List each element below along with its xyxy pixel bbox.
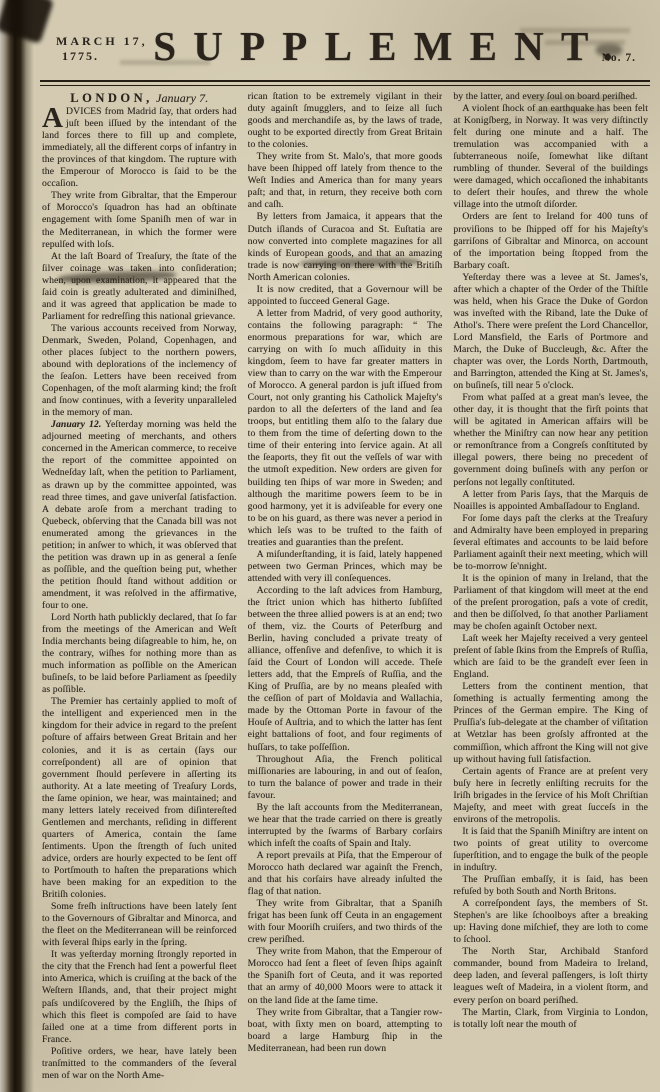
masthead-title: SUPPLEMENT.	[120, 22, 646, 70]
binding-edge	[0, 0, 34, 1092]
paragraph: Orders are ſent to Ireland for 400 tuns …	[453, 211, 648, 271]
column-2: rican ſtation to be extremely vigilant i…	[248, 91, 443, 1091]
paragraph: The various accounts received from Norwa…	[42, 323, 237, 419]
paragraph: By letters from Jamaica, it appears that…	[248, 211, 443, 283]
ink-bleedthrough	[528, 96, 632, 101]
article-columns: LONDON, January 7. ADVICES from Madrid ſ…	[0, 86, 660, 1091]
paragraph: They write from St. Malo's, that more go…	[248, 151, 443, 211]
paragraph: By the laſt accounts from the Mediterran…	[248, 802, 443, 850]
paragraph: Yeſterday there was a levee at St. James…	[453, 272, 648, 392]
paragraph-date: January 12.	[51, 419, 101, 430]
paragraph: Poſitive orders, we hear, have lately be…	[42, 1046, 237, 1082]
paragraph: They write from Gibraltar, that the Empe…	[42, 190, 237, 250]
paragraph: They write from Mahon, that the Emperour…	[248, 946, 443, 1006]
paragraph: They write from Gibraltar, that a Tangie…	[248, 1007, 443, 1055]
masthead: MARCH 17, 1775. SUPPLEMENT. No. 7.	[0, 0, 660, 78]
column-1: LONDON, January 7. ADVICES from Madrid ſ…	[42, 91, 237, 1091]
paragraph: It was yeſterday morning ſtrongly report…	[42, 949, 237, 1045]
paragraph: It is ſaid that the Spaniſh Miniſtry are…	[453, 826, 648, 874]
paragraph: From what paſſed at a great man's levee,…	[453, 392, 648, 488]
ink-bleedthrough	[536, 108, 606, 113]
paragraph: The Premier has certainly applied to moſ…	[42, 696, 237, 901]
paragraph: It is the opinion of many in Ireland, th…	[453, 573, 648, 633]
paragraph: The North Star, Archibald Stanford comma…	[453, 946, 648, 1006]
paragraph: At the laſt Board of Treaſury, the ſtate…	[42, 251, 237, 323]
paragraph: Throughout Aſia, the French political mi…	[248, 754, 443, 802]
paragraph: A letter from Madrid, of very good autho…	[248, 308, 443, 549]
paragraph: A letter from Paris ſays, that the Marqu…	[453, 489, 648, 513]
paragraph: January 12. Yeſterday morning was held t…	[42, 419, 237, 612]
dateline-date: January 7.	[156, 91, 208, 105]
paragraph: Certain agents of France are at preſent …	[453, 766, 648, 826]
paragraph: ADVICES from Madrid ſay, that orders had…	[42, 106, 237, 190]
paragraph-text: Yeſterday morning was held the adjourned…	[42, 419, 237, 611]
paragraph: Letters from the continent mention, that…	[453, 681, 648, 765]
paragraph: Lord North hath publickly declared, that…	[42, 612, 237, 696]
column-3: by the latter, and every ſoul on board p…	[453, 91, 648, 1091]
paragraph: A miſunderſtanding, it is ſaid, lately h…	[248, 549, 443, 585]
paragraph: According to the laſt advices from Hambu…	[248, 585, 443, 754]
dateline-heading: LONDON, January 7.	[42, 92, 237, 104]
paragraph: rican ſtation to be extremely vigilant i…	[248, 91, 443, 151]
paragraph: The Martin, Clark, from Virginia to Lond…	[453, 1007, 648, 1031]
dateline-city: LONDON,	[70, 91, 153, 105]
paragraph: The Pruſſian embaſſy, it is ſaid, has be…	[453, 874, 648, 898]
paragraph: A report prevails at Piſa, that the Empe…	[248, 850, 443, 898]
paragraph: They write from Gibraltar, that a Spaniſ…	[248, 898, 443, 946]
newspaper-page: MARCH 17, 1775. SUPPLEMENT. No. 7. LONDO…	[0, 0, 660, 1092]
paragraph: For ſome days paſt the clerks at the Tre…	[453, 513, 648, 573]
paragraph: A correſpondent ſays, the members of St.…	[453, 898, 648, 946]
paragraph: A violent ſhock of an earthquake has bee…	[453, 103, 648, 211]
paragraph: Laſt week her Majeſty received a very ge…	[453, 633, 648, 681]
ink-smudge	[596, 44, 622, 56]
paragraph: It is now credited, that a Governour wil…	[248, 284, 443, 308]
paragraph: Some freſh inſtructions have been lately…	[42, 901, 237, 949]
